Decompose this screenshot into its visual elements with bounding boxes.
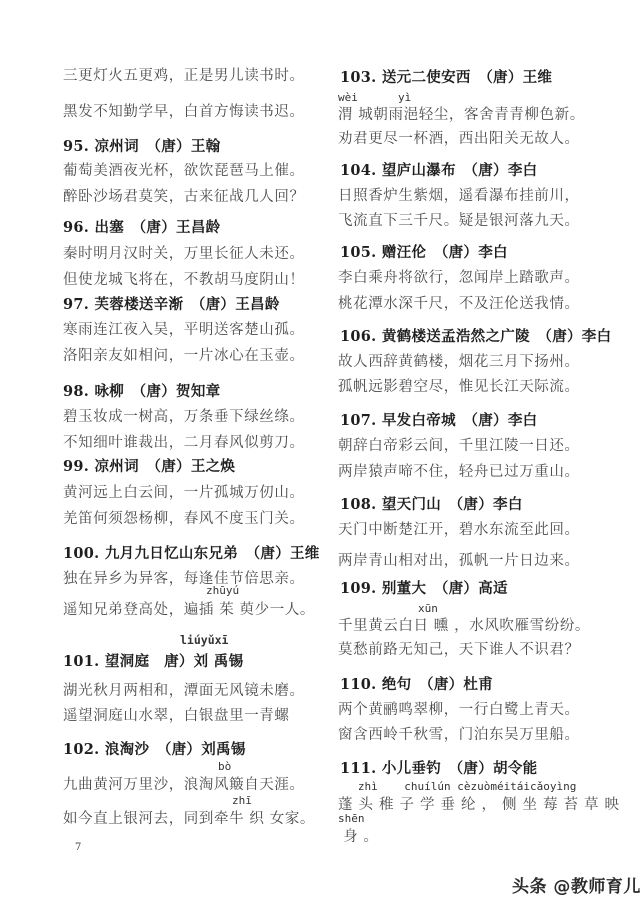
poem-108-line-1: 天门中断楚江开，碧水东流至此回。 (338, 518, 580, 539)
pinyin-annotation: shēn (338, 812, 365, 825)
poem-100-line-1: 独在异乡为异客，每逢佳节倍思亲。 (63, 567, 305, 588)
poem-title-104: 104. 望庐山瀑布 （唐）李白 (340, 159, 537, 180)
poem-title-108: 108. 望天门山 （唐）李白 (340, 493, 523, 514)
poem-97-line-1: 寒雨连江夜入吴，平明送客楚山孤。 (63, 318, 305, 339)
poem-106-line-2: 孤帆远影碧空尽，惟见长江天际流。 (338, 375, 580, 396)
poem-107-line-1: 朝辞白帝彩云间，千里江陵一日还。 (338, 434, 580, 455)
poem-111-line-2: 身 。 (338, 825, 379, 846)
pinyin-line: zhì chuílún cèzuòméitáicǎoyìng (338, 780, 576, 793)
poem-title-100: 100. 九月九日忆山东兄弟 （唐）王维 (63, 542, 320, 563)
poem-107-line-2: 两岸猿声啼不住，轻舟已过万重山。 (338, 460, 580, 481)
pinyin-annotation: bò (218, 760, 231, 773)
poem-102-line-1: 九曲黄河万里沙，浪淘风簸自天涯。 (63, 773, 305, 794)
poem-95-line-1: 葡萄美酒夜光杯，欲饮琵琶马上催。 (63, 159, 305, 180)
poem-110-line-2: 窗含西岭千秋雪，门泊东吴万里船。 (338, 723, 580, 744)
poem-title-101: 101. 望洞庭 唐）刘 禹锡 (63, 650, 243, 671)
poem-102-line-2: 如今直上银河去，同到牵牛 织 女家。 (63, 807, 315, 828)
poem-101-line-2: 遥望洞庭山水翠，白银盘里一青螺 (63, 704, 290, 725)
poem-98-line-2: 不知细叶谁裁出，二月春风似剪刀。 (63, 431, 305, 452)
poem-99-line-1: 黄河远上白云间，一片孤城万仞山。 (63, 481, 305, 502)
poem-title-96: 96. 出塞 （唐）王昌龄 (63, 216, 220, 237)
poem-title-110: 110. 绝句 （唐）杜甫 (340, 673, 493, 694)
poem-100-line-2: 遥知兄弟登高处，遍插 茱 萸少一人。 (63, 598, 315, 619)
poem-title-97: 97. 芙蓉楼送辛渐 （唐）王昌龄 (63, 293, 280, 314)
poem-110-line-1: 两个黄鹂鸣翠柳，一行白鹭上青天。 (338, 698, 580, 719)
pinyin-annotation: zhī (232, 794, 252, 807)
poem-title-102: 102. 浪淘沙 （唐）刘禹锡 (63, 738, 246, 759)
title-pinyin-annotation: liúyǔxī (180, 633, 228, 647)
poem-title-109: 109. 别董大 （唐）高适 (340, 577, 508, 598)
poem-109-line-1: 千里黄云白日 曛 ，水风吹雁雪纷纷。 (338, 614, 590, 635)
poem-105-line-2: 桃花潭水深千尺，不及汪伦送我情。 (338, 292, 580, 313)
poem-104-line-2: 飞流直下三千尺。疑是银河落九天。 (338, 209, 580, 230)
poem-105-line-1: 李白乘舟将欲行，忽闻岸上踏歌声。 (338, 266, 580, 287)
poem-96-line-1: 秦时明月汉时关，万里长征人未还。 (63, 242, 305, 263)
poem-104-line-1: 日照香炉生紫烟，遥看瀑布挂前川， (338, 184, 580, 205)
page-number: 7 (75, 842, 81, 853)
poem-title-107: 107. 早发白帝城 （唐）李白 (340, 409, 537, 430)
poem-108-line-2: 两岸青山相对出，孤帆一片日边来。 (338, 549, 580, 570)
poem-title-99: 99. 凉州词 （唐）王之焕 (63, 455, 235, 476)
poem-111-line-1: 蓬头稚子学垂纶，侧坐莓苔草映 (338, 793, 625, 814)
intro-line-2: 黑发不知勤学早，白首方悔读书迟。 (63, 100, 305, 121)
poem-96-line-2: 但使龙城飞将在，不教胡马度阴山！ (63, 268, 305, 289)
poem-103-line-2: 劝君更尽一杯酒，西出阳关无故人。 (338, 127, 580, 148)
poem-95-line-2: 醉卧沙场君莫笑，古来征战几人回？ (63, 185, 305, 206)
poem-title-105: 105. 赠汪伦 （唐）李白 (340, 241, 508, 262)
poem-103-line-1: 渭 城朝雨浥轻尘，客舍青青柳色新。 (338, 103, 585, 124)
poem-109-line-2: 莫愁前路无知己，天下谁人不识君？ (338, 638, 580, 659)
poem-title-103: 103. 送元二使安西 （唐）王维 (340, 66, 552, 87)
intro-line-1: 三更灯火五更鸡，正是男儿读书时。 (63, 64, 305, 85)
poem-title-95: 95. 凉州词 （唐）王翰 (63, 135, 220, 156)
poem-title-111: 111. 小儿垂钓 （唐）胡令能 (340, 757, 537, 778)
poem-title-106: 106. 黄鹤楼送孟浩然之广陵 （唐）李白 (340, 325, 611, 346)
poem-97-line-2: 洛阳亲友如相问，一片冰心在玉壶。 (63, 344, 305, 365)
poem-106-line-1: 故人西辞黄鹤楼，烟花三月下扬州。 (338, 350, 580, 371)
poem-title-98: 98. 咏柳 （唐）贺知章 (63, 380, 220, 401)
poem-page: 三更灯火五更鸡，正是男儿读书时。 黑发不知勤学早，白首方悔读书迟。 95. 凉州… (0, 0, 640, 906)
poem-98-line-1: 碧玉妆成一树高，万条垂下绿丝绦。 (63, 405, 305, 426)
poem-99-line-2: 羌笛何须怨杨柳，春风不度玉门关。 (63, 507, 305, 528)
pinyin-annotation: zhūyú (206, 584, 239, 597)
watermark: 头条 @教师育儿 (512, 872, 640, 897)
poem-101-line-1: 湖光秋月两相和，潭面无风镜未磨。 (63, 679, 305, 700)
